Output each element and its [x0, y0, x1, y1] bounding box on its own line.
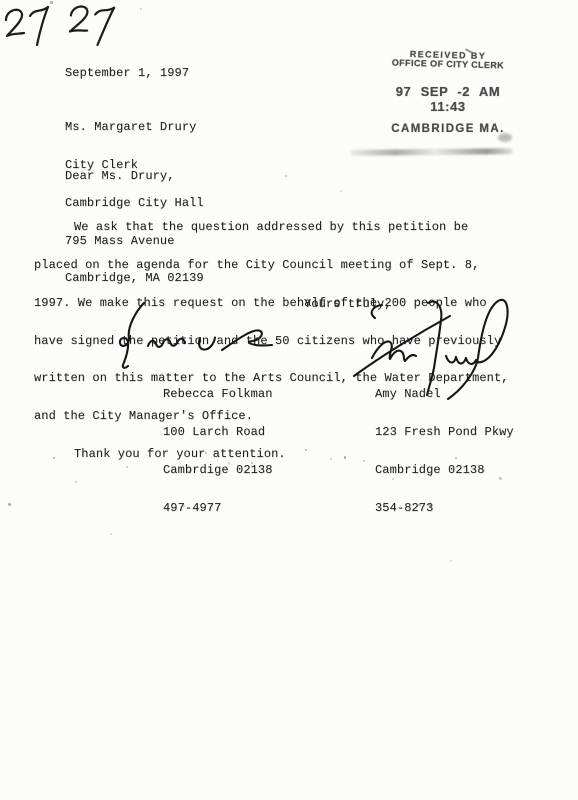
signer-name: Rebecca Folkman: [163, 388, 273, 401]
handwritten-page-number-left: [0, 4, 54, 48]
stamp-smudge-line: [350, 148, 513, 156]
stamp-smudge-blob: [498, 133, 512, 142]
signer-city: Cambrdige 02138: [163, 464, 273, 477]
received-stamp: RECEIVED BY OFFICE OF CITY CLERK 97 SEP …: [378, 50, 518, 135]
signer-street: 100 Larch Road: [163, 426, 273, 439]
body-line: We ask that the question addressed by th…: [34, 221, 509, 234]
signer-block-rebecca: Rebecca Folkman 100 Larch Road Cambrdige…: [163, 363, 273, 539]
stamp-line-datetime: 97 SEP -2 AM 11:43: [378, 84, 518, 114]
body-line: placed on the agenda for the City Counci…: [34, 259, 509, 272]
recipient-line: Ms. Margaret Drury: [65, 121, 204, 134]
signer-block-amy: Amy Nadel 123 Fresh Pond Pkwy Cambridge …: [375, 363, 514, 539]
signer-street: 123 Fresh Pond Pkwy: [375, 426, 514, 439]
signer-city: Cambridge 02138: [375, 464, 514, 477]
signer-name: Amy Nadel: [375, 388, 514, 401]
scanned-letter-page: RECEIVED BY OFFICE OF CITY CLERK 97 SEP …: [0, 0, 578, 800]
signer-phone: 354-8273: [375, 502, 514, 515]
stamp-line-city: CAMBRIDGE MA.: [378, 123, 518, 135]
handwritten-page-number-right: [61, 0, 120, 51]
letter-date: September 1, 1997: [65, 67, 189, 80]
salutation: Dear Ms. Drury,: [65, 170, 175, 183]
signer-phone: 497-4977: [163, 502, 273, 515]
